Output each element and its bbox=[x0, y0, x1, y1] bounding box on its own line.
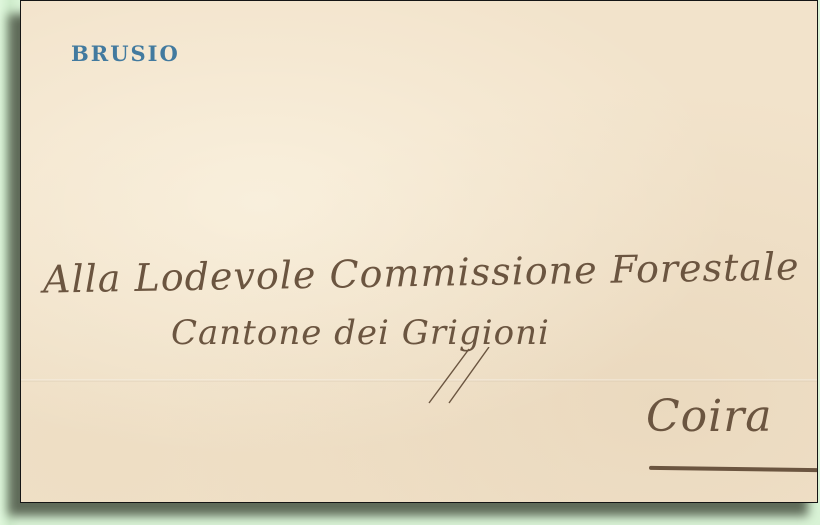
envelope-cover: BRUSIO Alla Lodevole Commissione Foresta… bbox=[20, 0, 818, 503]
address-line-1: Alla Lodevole Commissione Forestale bbox=[43, 244, 800, 301]
address-underline bbox=[649, 466, 818, 472]
address-city: Coira bbox=[646, 391, 773, 442]
handwriting-flourish bbox=[409, 347, 519, 405]
postmark-stamp: BRUSIO bbox=[71, 41, 180, 66]
